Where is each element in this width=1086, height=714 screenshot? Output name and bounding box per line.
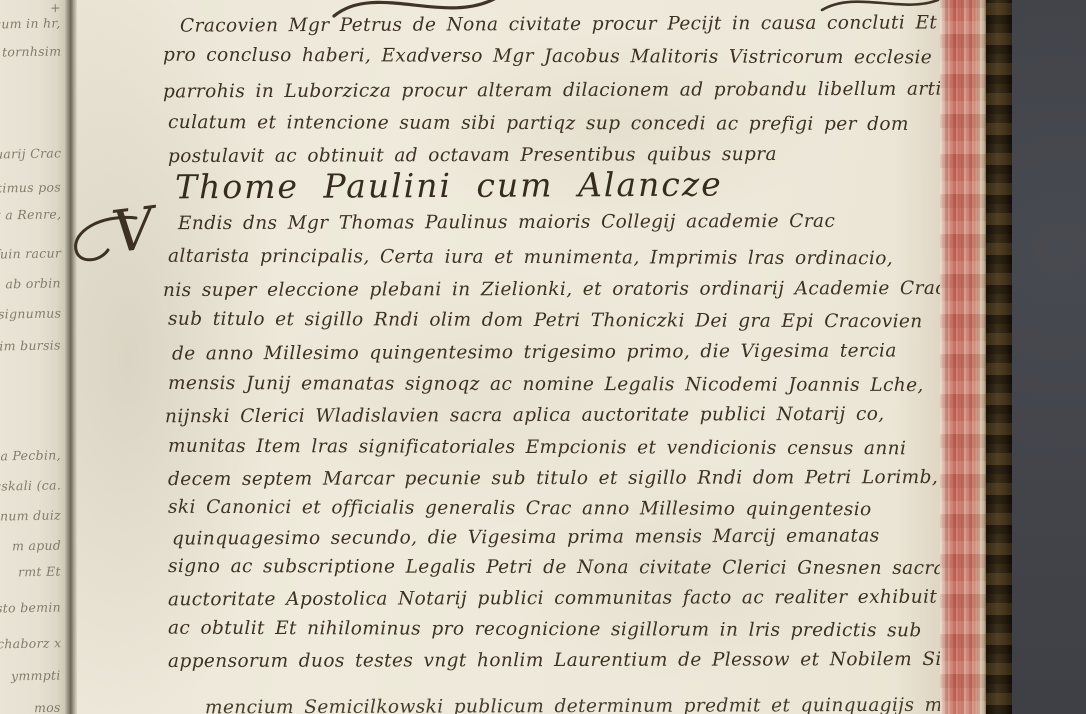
scan-background — [1012, 0, 1086, 714]
manuscript-line: mensis Junij emanatas signoqz ac nomine … — [168, 373, 924, 396]
manuscript-line: Cracovien Mgr Petrus de Nona civitate pr… — [180, 12, 937, 36]
manuscript-line: nijnski Clerici Wladislavien sacra aplic… — [165, 404, 885, 428]
manuscript-line: ski Canonici et officialis generalis Cra… — [168, 497, 872, 520]
manuscript-line: de anno Millesimo quingentesimo trigesim… — [172, 340, 897, 364]
manuscript-line: culatum et intencione suam sibi partiqz … — [168, 112, 909, 135]
manuscript-line: nis super eleccione plebani in Zielionki… — [163, 278, 940, 301]
manuscript-line: altarista principalis, Certa iura et mun… — [168, 246, 893, 270]
manuscript-line: auctoritate Apostolica Notarij publici c… — [168, 587, 937, 611]
manuscript-scan: + ipsum in hr, tornhsim uarij Crac timus… — [0, 0, 1086, 714]
manuscript-line: quinquagesimo secundo, die Vigesima prim… — [172, 525, 880, 549]
manuscript-line: munitas Item lras significatoriales Empc… — [168, 436, 906, 460]
book-fore-edge-red — [940, 0, 986, 714]
manuscript-line: decem septem Marcar pecunie sub titulo e… — [168, 467, 938, 490]
manuscript-line: signo ac subscriptione Legalis Petri de … — [168, 556, 940, 579]
manuscript-line: sub titulo et sigillo Rndi olim dom Petr… — [168, 309, 923, 333]
manuscript-line: Endis dns Mgr Thomas Paulinus maioris Co… — [178, 211, 835, 234]
manuscript-line: parrohis in Luborzicza procur alteram di… — [163, 79, 940, 103]
page-text: Cracovien Mgr Petrus de Nona civitate pr… — [0, 0, 940, 714]
initial-swash-icon — [70, 210, 140, 270]
manuscript-line: ac obtulit Et nihilominus pro recognicio… — [168, 618, 922, 642]
manuscript-line: postulavit ac obtinuit ad octavam Presen… — [168, 144, 777, 167]
section-heading: Thome Paulini cum Alancze — [175, 165, 723, 207]
manuscript-line: appensorum duos testes vngt honlim Laure… — [168, 649, 940, 672]
pen-flourish-icon — [820, 0, 940, 12]
manuscript-line: pro concluso haberi, Exadverso Mgr Jacob… — [163, 45, 932, 69]
manuscript-line-partial: mencium Semicilkowski publicum determinu… — [205, 695, 940, 714]
book-binding-edge — [986, 0, 1012, 714]
